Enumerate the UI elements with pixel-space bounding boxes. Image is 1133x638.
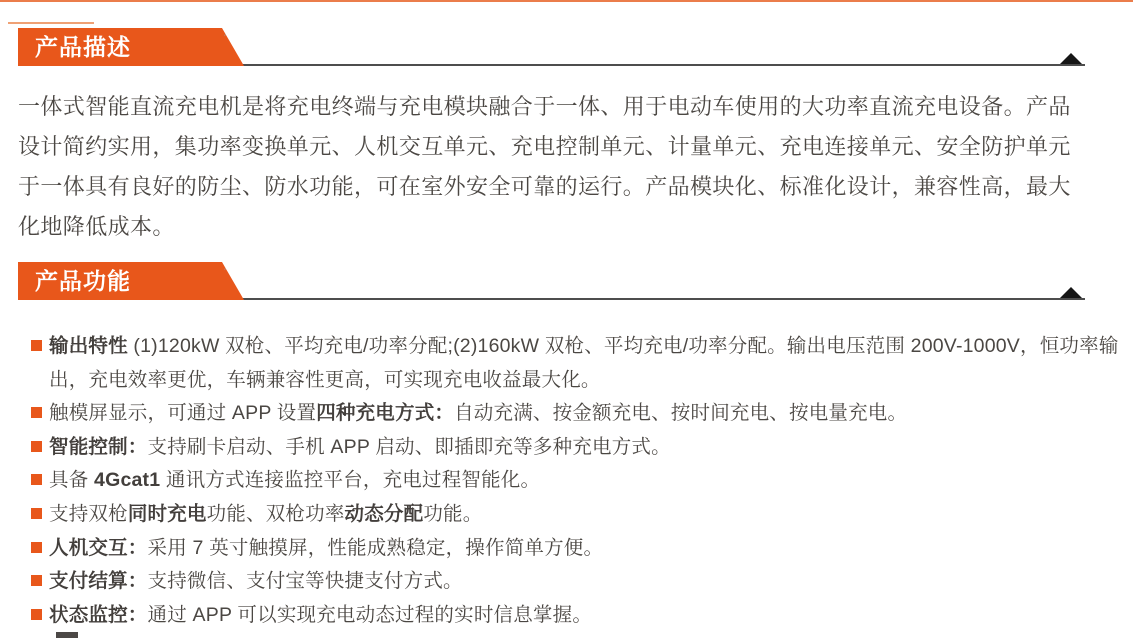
description-paragraph: 一体式智能直流充电机是将充电终端与充电模块融合于一体、用于电动车使用的大功率直流… xyxy=(18,87,1128,247)
feature-text: 采用 7 英寸触摸屏，性能成熟稳定，操作简单方便。 xyxy=(148,537,604,559)
section-header-features: 产品功能 xyxy=(18,262,1085,300)
up-triangle-icon xyxy=(1060,53,1082,64)
feature-item: 支付结算：支持微信、支付宝等快捷支付方式。 xyxy=(30,565,1125,599)
feature-text: 功能、双枪功率 xyxy=(207,503,345,525)
feature-label-bold: 状态监控： xyxy=(49,604,148,626)
feature-item: 支持双枪同时充电功能、双枪功率动态分配功能。 xyxy=(30,498,1125,532)
bullet-square-icon xyxy=(31,441,42,452)
feature-label-bold: 输出特性 xyxy=(49,335,133,357)
bullet-square-icon xyxy=(31,474,42,485)
bullet-square-icon xyxy=(31,609,42,620)
top-divider xyxy=(0,0,1133,2)
feature-text: 功能。 xyxy=(423,503,482,525)
banner-slant-hairline xyxy=(224,6,242,36)
feature-label-bold: 智能控制： xyxy=(49,436,148,458)
feature-item: 智能控制：支持刷卡启动、手机 APP 启动、即插即充等多种充电方式。 xyxy=(30,431,1125,465)
feature-text: 通讯方式连接监控平台，充电过程智能化。 xyxy=(160,469,540,491)
cropped-next-line-fragment xyxy=(56,632,78,638)
feature-text: (1)120kW 双枪、平均充电/功率分配;(2)160kW 双枪、平均充电/功… xyxy=(49,335,1119,391)
feature-label-bold: 支付结算： xyxy=(49,570,148,592)
up-triangle-icon xyxy=(1060,287,1082,298)
description-line: 设计简约实用，集功率变换单元、人机交互单元、充电控制单元、计量单元、充电连接单元… xyxy=(18,127,1128,167)
feature-item: 状态监控：通过 APP 可以实现充电动态过程的实时信息掌握。 xyxy=(30,599,1125,633)
feature-item: 人机交互：采用 7 英寸触摸屏，性能成熟稳定，操作简单方便。 xyxy=(30,532,1125,566)
bullet-square-icon xyxy=(31,508,42,519)
bullet-square-icon xyxy=(31,407,42,418)
section-title: 产品功能 xyxy=(35,268,131,294)
top-left-accent-line xyxy=(8,22,94,24)
feature-item: 输出特性 (1)120kW 双枪、平均充电/功率分配;(2)160kW 双枪、平… xyxy=(30,330,1125,397)
description-line: 于一体具有良好的防尘、防水功能，可在室外安全可靠的运行。产品模块化、标准化设计，… xyxy=(18,167,1128,207)
feature-text: 支持刷卡启动、手机 APP 启动、即插即充等多种充电方式。 xyxy=(148,436,671,458)
feature-label-bold: 人机交互： xyxy=(49,537,148,559)
description-line: 化地降低成本。 xyxy=(18,207,1128,247)
document-page: 产品描述 一体式智能直流充电机是将充电终端与充电模块融合于一体、用于电动车使用的… xyxy=(0,0,1133,638)
feature-text: 通过 APP 可以实现充电动态过程的实时信息掌握。 xyxy=(148,604,593,626)
description-line: 一体式智能直流充电机是将充电终端与充电模块融合于一体、用于电动车使用的大功率直流… xyxy=(18,87,1128,127)
features-list: 输出特性 (1)120kW 双枪、平均充电/功率分配;(2)160kW 双枪、平… xyxy=(30,330,1125,632)
section-banner-features: 产品功能 xyxy=(18,262,244,300)
feature-label-bold: 同时充电 xyxy=(128,503,207,525)
feature-text: 触模屏显示，可通过 APP 设置 xyxy=(49,402,316,424)
bullet-square-icon xyxy=(31,542,42,553)
feature-text: 自动充满、按金额充电、按时间充电、按电量充电。 xyxy=(454,402,907,424)
feature-item: 具备 4Gcat1 通讯方式连接监控平台，充电过程智能化。 xyxy=(30,464,1125,498)
feature-text: 具备 xyxy=(49,469,94,491)
section-title: 产品描述 xyxy=(35,34,131,60)
feature-label-bold: 动态分配 xyxy=(345,503,424,525)
feature-item: 触模屏显示，可通过 APP 设置四种充电方式：自动充满、按金额充电、按时间充电、… xyxy=(30,397,1125,431)
bullet-square-icon xyxy=(31,340,42,351)
feature-label-bold: 四种充电方式： xyxy=(316,402,454,424)
section-banner-description: 产品描述 xyxy=(18,28,244,66)
feature-label-bold: 4Gcat1 xyxy=(94,469,160,491)
feature-text: 支持双枪 xyxy=(49,503,128,525)
section-header-description: 产品描述 xyxy=(18,28,1085,66)
feature-text: 支持微信、支付宝等快捷支付方式。 xyxy=(148,570,463,592)
bullet-square-icon xyxy=(31,575,42,586)
